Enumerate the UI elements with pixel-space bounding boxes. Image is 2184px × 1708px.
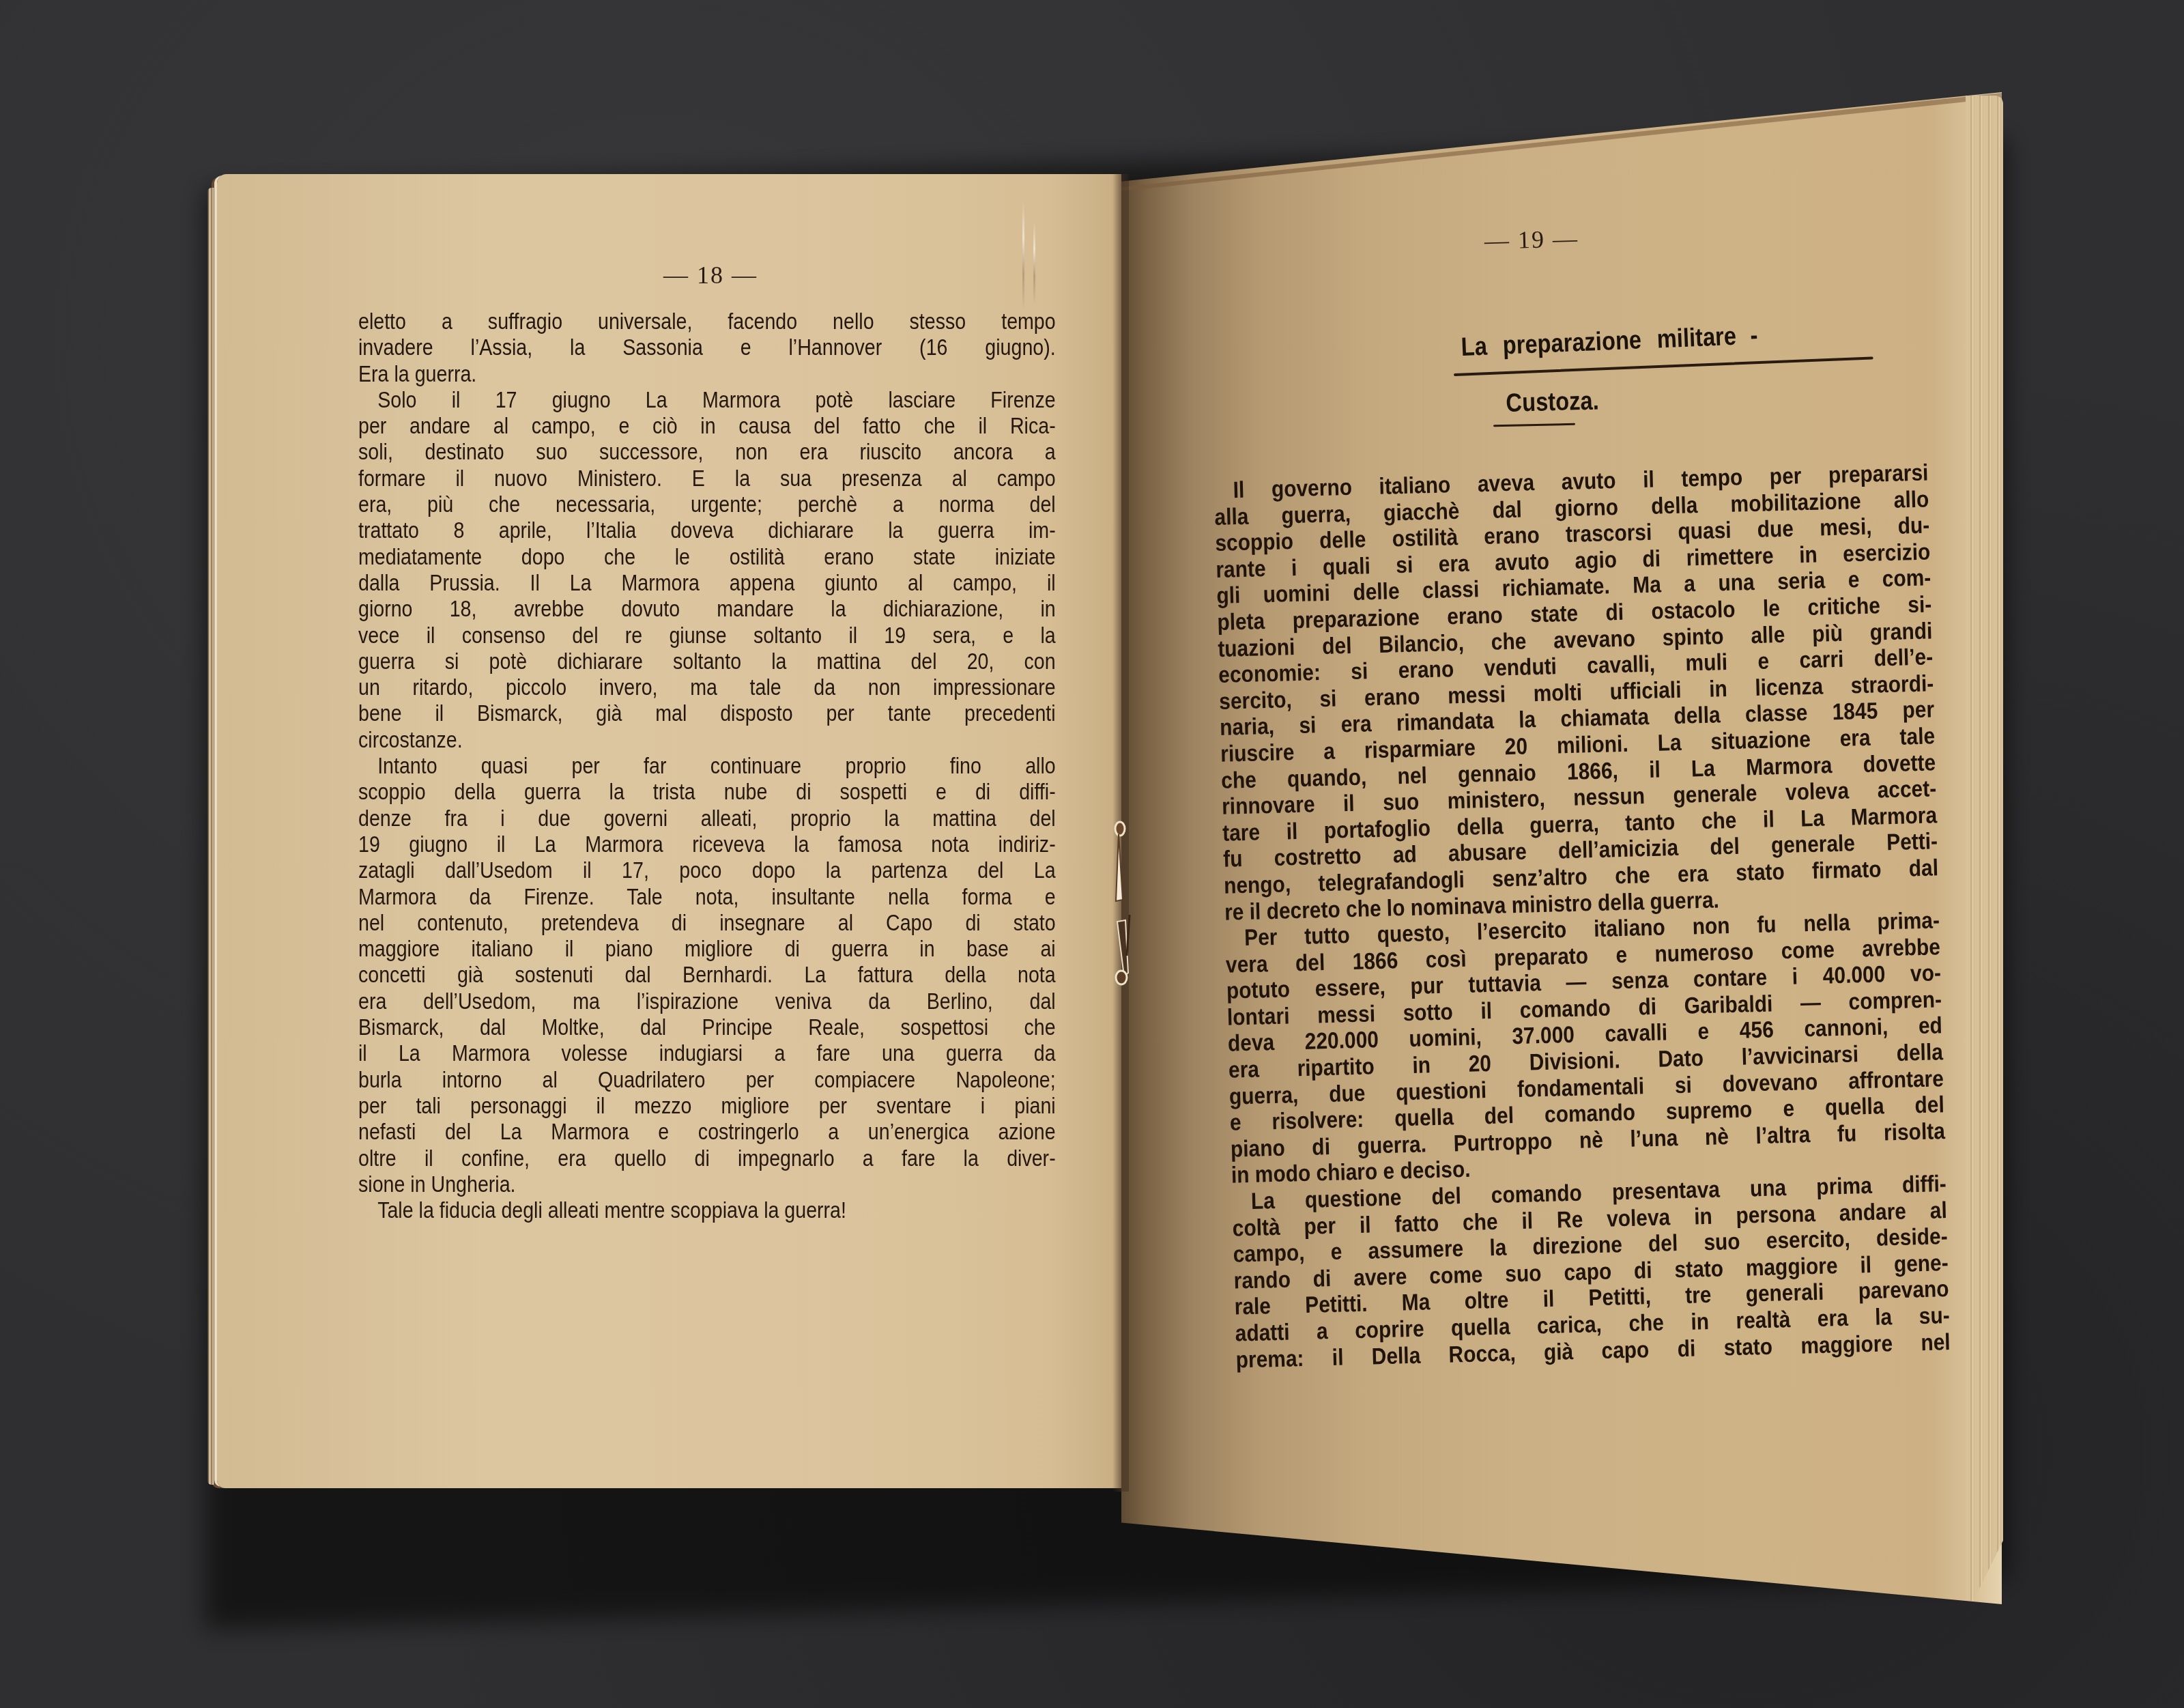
text-line: Era la guerra.: [358, 361, 1056, 387]
text-line: vece il consenso del re giunse soltanto …: [358, 623, 1056, 649]
text-line: era dell’Usedom, ma l’ispirazione veniva…: [358, 988, 1056, 1014]
text-line: invadere l’Assia, la Sassonia e l’Hannov…: [358, 335, 1056, 360]
chapter-heading-dash: -: [1750, 322, 1759, 350]
text-line: eletto a suffragio universale, facendo n…: [358, 309, 1056, 335]
chapter-subheading: Custoza.: [1506, 386, 1599, 418]
text-line: giorno 18, avrebbe dovuto mandare la dic…: [358, 596, 1056, 622]
text-line: denze fra i due governi alleati, proprio…: [358, 806, 1056, 831]
left-page-text: eletto a suffragio universale, facendo n…: [358, 309, 1056, 1223]
text-line: Solo il 17 giugno La Marmora potè lascia…: [358, 387, 1056, 413]
text-line: scoppio della guerra la trista nube di s…: [358, 779, 1056, 805]
text-line: Marmora da Firenze. Tale nota, insultant…: [358, 884, 1056, 910]
text-line: Tale la fiducia degli alleati mentre sco…: [358, 1197, 1056, 1223]
text-line: era, più che necessaria, urgente; perchè…: [358, 492, 1056, 517]
open-book: — 18 — eletto a suffragio universale, fa…: [0, 0, 2184, 1708]
text-line: burla intorno al Quadrilatero per compia…: [358, 1067, 1056, 1093]
text-line: il La Marmora volesse indugiarsi a fare …: [358, 1040, 1056, 1066]
text-line: guerra si potè dichiarare soltanto la ma…: [358, 649, 1056, 674]
text-line: bene il Bismarck, già mal disposto per t…: [358, 700, 1056, 726]
text-line: nel contenuto, pretendeva di insegnare a…: [358, 910, 1056, 936]
paper-crease: [1022, 201, 1024, 311]
right-page-text: Il governo italiano aveva avuto il tempo…: [1213, 460, 1951, 1373]
text-line: maggiore italiano il piano migliore di g…: [358, 936, 1056, 962]
text-line: zatagli dall’Usedom il 17, poco dopo la …: [358, 857, 1056, 883]
paper-crease: [1033, 222, 1035, 304]
text-line: Intanto quasi per far continuare proprio…: [358, 753, 1056, 779]
right-page-fore-edge: [1966, 96, 2003, 1601]
text-line: formare il nuovo Ministero. E la sua pre…: [358, 466, 1056, 492]
text-line: un ritardo, piccolo invero, ma tale da n…: [358, 674, 1056, 700]
text-line: concetti già sostenuti dal Bernhardi. La…: [358, 962, 1056, 988]
text-line: sione in Ungheria.: [358, 1171, 1056, 1197]
text-line: soli, destinato suo successore, non era …: [358, 439, 1056, 465]
text-line: mediatamente dopo che le ostilità erano …: [358, 544, 1056, 570]
text-line: Bismarck, dal Moltke, dal Principe Reale…: [358, 1014, 1056, 1040]
page-number-left: — 18 —: [663, 261, 758, 289]
text-line: per andare al campo, e ciò in causa del …: [358, 413, 1056, 439]
binding-staple-icon: [1109, 819, 1136, 990]
text-line: circostanze.: [358, 727, 1056, 753]
text-line: oltre il confine, era quello di impegnar…: [358, 1145, 1056, 1171]
text-line: nefasti del La Marmora e costringerlo a …: [358, 1119, 1056, 1145]
text-line: trattato 8 aprile, l’Italia doveva dichi…: [358, 517, 1056, 543]
text-line: per tali personaggi il mezzo migliore pe…: [358, 1093, 1056, 1119]
text-line: dalla Prussia. Il La Marmora appena giun…: [358, 570, 1056, 596]
text-line: 19 giugno il La Marmora riceveva la famo…: [358, 831, 1056, 857]
page-number-right: — 19 —: [1484, 224, 1579, 255]
